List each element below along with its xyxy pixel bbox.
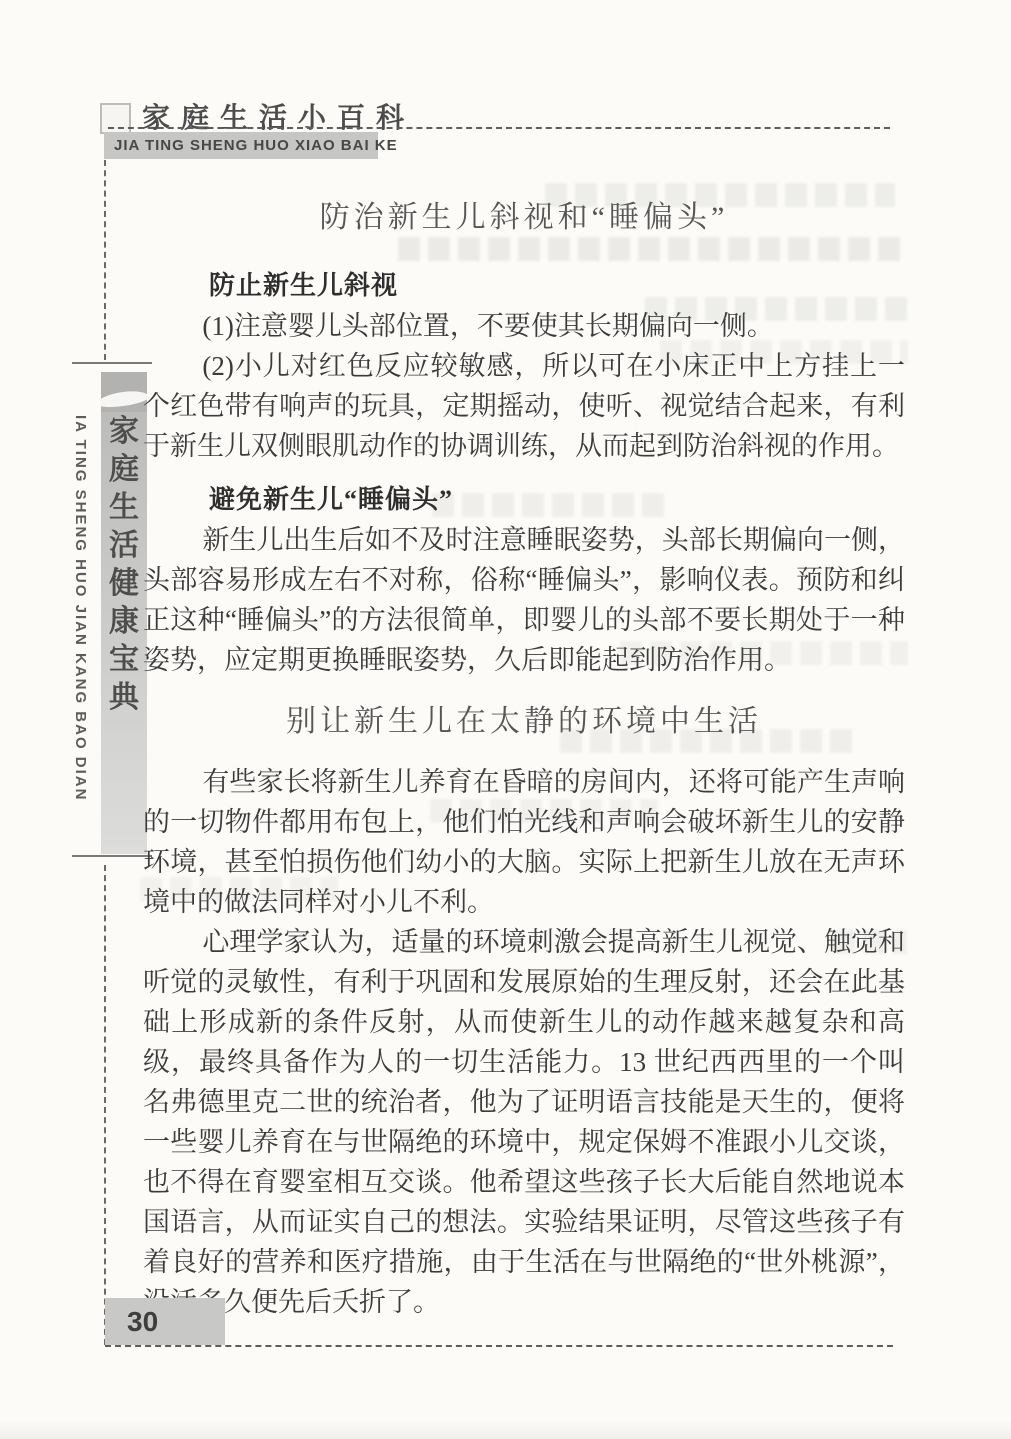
spine-title-char: 健 (109, 568, 139, 599)
scan-edge-shade (0, 1421, 1011, 1439)
paragraph-2: 有些家长将新生儿养育在昏暗的房间内，还将可能产生声响的一切物件都用布包上，他们怕… (143, 762, 905, 922)
paragraph-item-2: (2)小儿对红色反应较敏感，所以可在小床正中上方挂上一个红色带有响声的玩具，定期… (143, 346, 905, 466)
spine-logo-icon (101, 372, 147, 412)
spine-title-char: 庭 (109, 454, 139, 485)
left-dashed-rule-top (104, 160, 106, 360)
spine-title: 家 庭 生 活 健 康 宝 典 (101, 416, 147, 713)
article-title-2: 别让新生儿在太静的环境中生活 (143, 702, 905, 742)
series-title: 家庭生活小百科 (142, 96, 702, 136)
article-body: 防治新生儿斜视和“睡偏头” 防止新生儿斜视 (1)注意婴儿头部位置，不要使其长期… (143, 198, 905, 1322)
spine-title-char: 家 (109, 416, 139, 447)
paragraph-1: 新生儿出生后如不及时注意睡眠姿势，头部长期偏向一侧，头部容易形成左右不对称，俗称… (143, 520, 905, 680)
section-heading-2: 避免新生儿“睡偏头” (209, 480, 905, 520)
spine-title-pinyin: IA TING SHENG HUO JIAN KANG BAO DIAN (72, 415, 89, 865)
header-square-icon (100, 103, 131, 134)
spine-band: 家 庭 生 活 健 康 宝 典 (101, 372, 147, 854)
spine-title-char: 活 (109, 530, 139, 561)
footer-dashed-rule (105, 1345, 893, 1347)
spine-title-char: 典 (109, 682, 139, 713)
spine-rule-top (72, 362, 152, 364)
spine-title-char: 康 (109, 606, 139, 637)
left-dashed-rule-bottom (104, 865, 106, 1345)
spine-title-char: 生 (109, 492, 139, 523)
book-page: 家庭生活小百科 JIA TING SHENG HUO XIAO BAI KE 家… (0, 0, 1011, 1439)
spine-logo-swoosh-icon (101, 388, 147, 409)
section-heading-1: 防止新生儿斜视 (209, 266, 905, 306)
page-number: 30 (105, 1298, 225, 1345)
series-title-pinyin: JIA TING SHENG HUO XIAO BAI KE (104, 132, 378, 159)
article-title-1: 防治新生儿斜视和“睡偏头” (143, 198, 905, 238)
paragraph-3: 心理学家认为，适量的环境刺激会提高新生儿视觉、触觉和听觉的灵敏性，有利于巩固和发… (143, 922, 905, 1322)
header-dashed-rule (108, 127, 890, 129)
spine-title-char: 宝 (109, 644, 139, 675)
paragraph-item-1: (1)注意婴儿头部位置，不要使其长期偏向一侧。 (143, 306, 905, 346)
spine-rule-bottom (72, 855, 152, 857)
